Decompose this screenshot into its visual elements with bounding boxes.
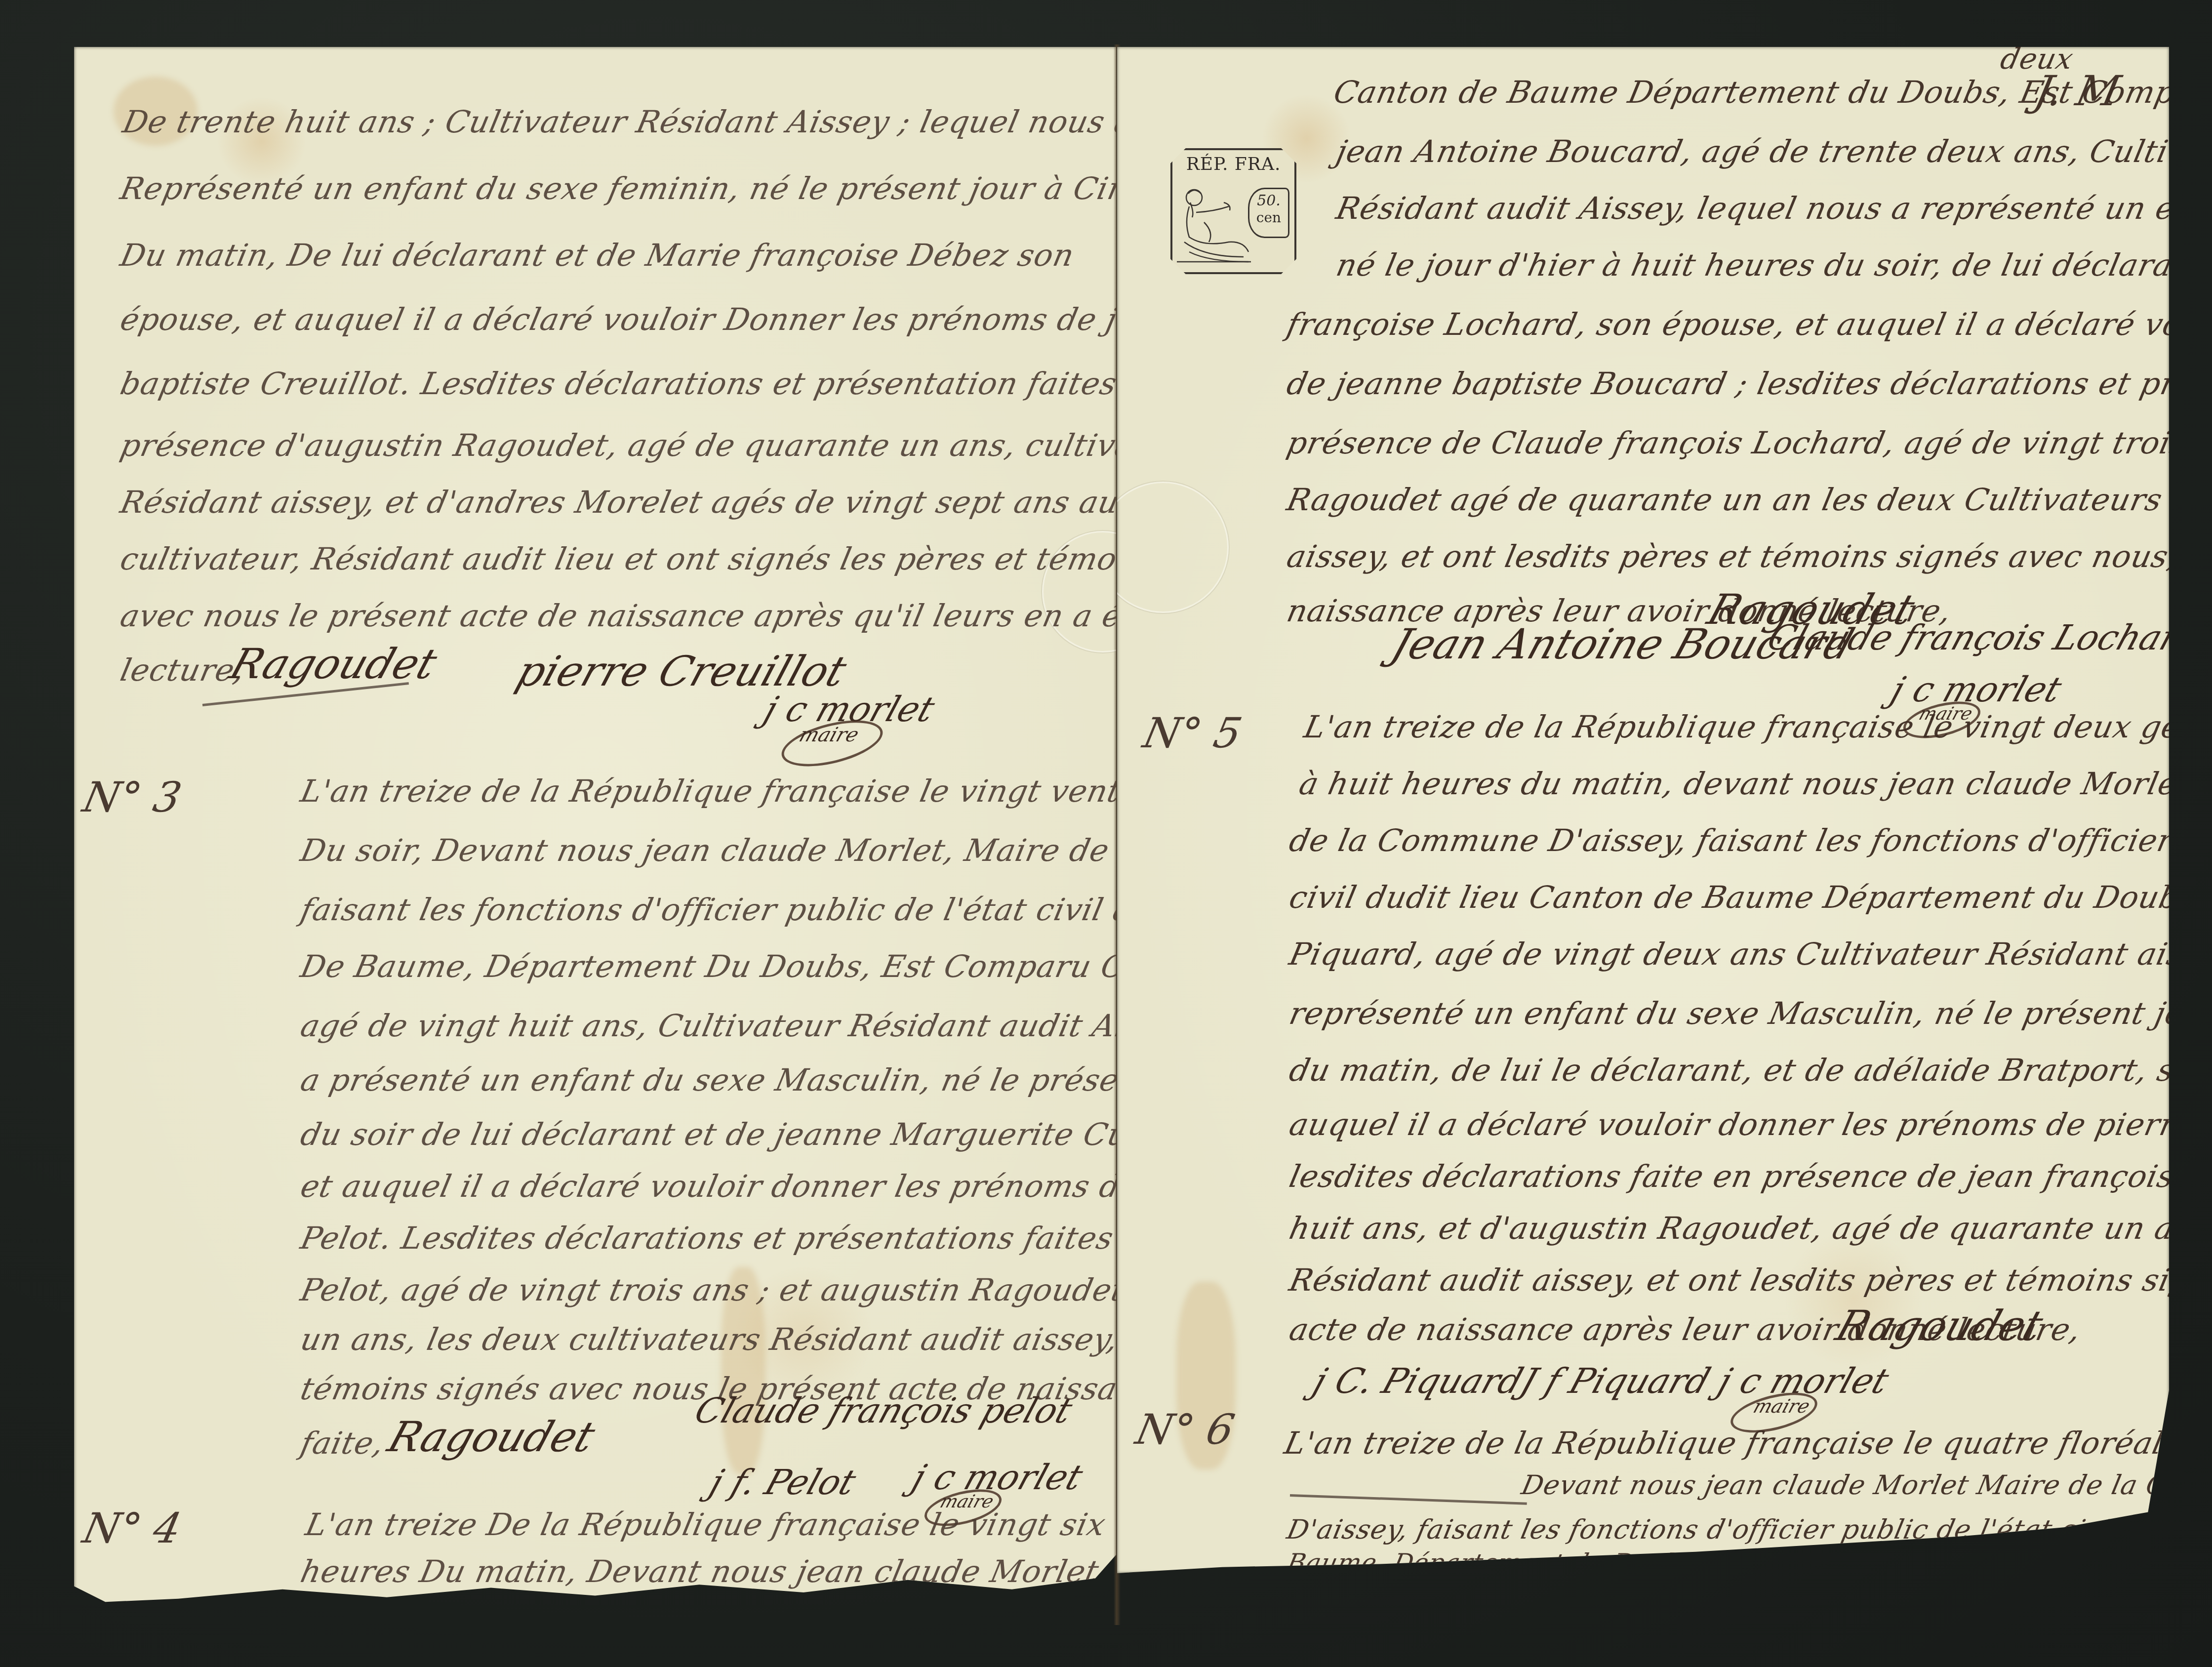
text-line: né le jour d'hier à huit heures du soir,… (1333, 247, 2212, 283)
text-line: présence d'augustin Ragoudet, agé de qua… (117, 427, 1205, 463)
revenue-stamp: RÉP. FRA. 50. cen (1170, 148, 1296, 274)
text-line: françoise Lochard, son épouse, et auquel… (1284, 306, 2212, 342)
text-line: Résidant aissey, et d'andres Morelet agé… (117, 484, 1166, 520)
stamp-value-badge: 50. cen (1248, 188, 1289, 238)
signature: Claude françois Lochard (1763, 617, 2207, 658)
text-line: cultivateur, Résidant audit lieu et ont … (117, 541, 1167, 577)
signature: pierre Creuillot (511, 647, 852, 695)
signature: Ragoudet (382, 1413, 601, 1461)
text-line: avec nous le présent acte de naissance a… (117, 598, 1265, 634)
text-line: épouse, et auquel il a déclaré vouloir D… (117, 301, 1178, 337)
signature-mayor: j c morlet (1886, 669, 2067, 710)
left-page-text: De trente huit ans ; Cultivateur Résidan… (74, 47, 1116, 1618)
reclining-river-god-icon (1174, 183, 1253, 267)
text-line: de la Commune D'aissey, faisant les fonc… (1286, 822, 2212, 858)
text-line: Du matin, De lui déclarant et de Marie f… (117, 237, 1078, 273)
stamp-unit: cen (1249, 209, 1288, 226)
text-line: du matin, de lui le déclarant, et de adé… (1286, 1052, 2212, 1088)
signature: J f Piquard (1516, 1361, 1716, 1401)
entry-number: N° 5 (1139, 709, 1246, 757)
line-filler-dash (1290, 1494, 1527, 1505)
text-line: Représenté un enfant du sexe feminin, né… (117, 170, 1271, 206)
text-line: L'an treize de la République française l… (1301, 709, 2212, 745)
text-line: lesdites déclarations faite en présence … (1286, 1158, 2212, 1194)
text-line: à huit heures du matin, devant nous jean… (1296, 766, 2212, 802)
text-line: jean Antoine Boucard, agé de trente deux… (1333, 133, 2212, 169)
signature: Ragoudet (224, 640, 443, 688)
right-page-text: deux J. M Canton de Baume Département du… (1117, 47, 2169, 1573)
text-line: présence de Claude françois Lochard, agé… (1284, 425, 2212, 461)
text-line: auquel il a déclaré vouloir donner les p… (1286, 1106, 2212, 1142)
mayor-title: maire (1751, 1395, 1813, 1417)
text-line: Canton de Baume Département du Doubs, Es… (1330, 74, 2212, 110)
signature-mayor: j c morlet (907, 1457, 1088, 1498)
entry-number: N° 4 (79, 1504, 186, 1552)
text-line: huit ans, et d'augustin Ragoudet, agé de… (1286, 1210, 2212, 1246)
entry-number: N° 3 (79, 773, 186, 821)
text-line: De trente huit ans ; Cultivateur Résidan… (120, 104, 1137, 140)
stamp-value: 50. (1249, 192, 1288, 209)
signature: Claude françois pelot (690, 1390, 1078, 1431)
text-line: baptiste Creuillot. Lesdites déclaration… (117, 366, 1169, 402)
right-page: deux J. M Canton de Baume Département du… (1117, 47, 2169, 1573)
text-line: L'an treize de la République française l… (1281, 1425, 2167, 1461)
text-line: civil dudit lieu Canton de Baume Départe… (1286, 879, 2212, 915)
stamp-title: RÉP. FRA. (1170, 154, 1296, 174)
mayor-title: maire (797, 724, 862, 746)
entry-number: N° 6 (1132, 1405, 1239, 1454)
text-line: Devant nous jean claude Morlet Maire de … (1519, 1469, 2212, 1501)
text-line: Résidant audit Aissey, lequel nous a rep… (1333, 190, 2212, 226)
text-line: de jeanne baptiste Boucard ; lesdites dé… (1284, 366, 2212, 402)
text-line: représenté un enfant du sexe Masculin, n… (1286, 995, 2212, 1031)
text-line: Résidant audit aissey, et ont lesdits pè… (1286, 1262, 2212, 1298)
text-line: Piquard, agé de vingt deux ans Cultivate… (1286, 936, 2212, 972)
signature: j f. Pelot (705, 1462, 861, 1503)
text-line: Ragoudet agé de quarante un an les deux … (1284, 482, 2212, 518)
signature: j C. Piquard (1308, 1361, 1528, 1401)
left-page: De trente huit ans ; Cultivateur Résidan… (74, 47, 1116, 1618)
text-line: faite, (297, 1425, 388, 1461)
text-line: aissey, et ont lesdits pères et témoins … (1284, 538, 2212, 574)
signature: Ragoudet (1830, 1301, 2049, 1350)
